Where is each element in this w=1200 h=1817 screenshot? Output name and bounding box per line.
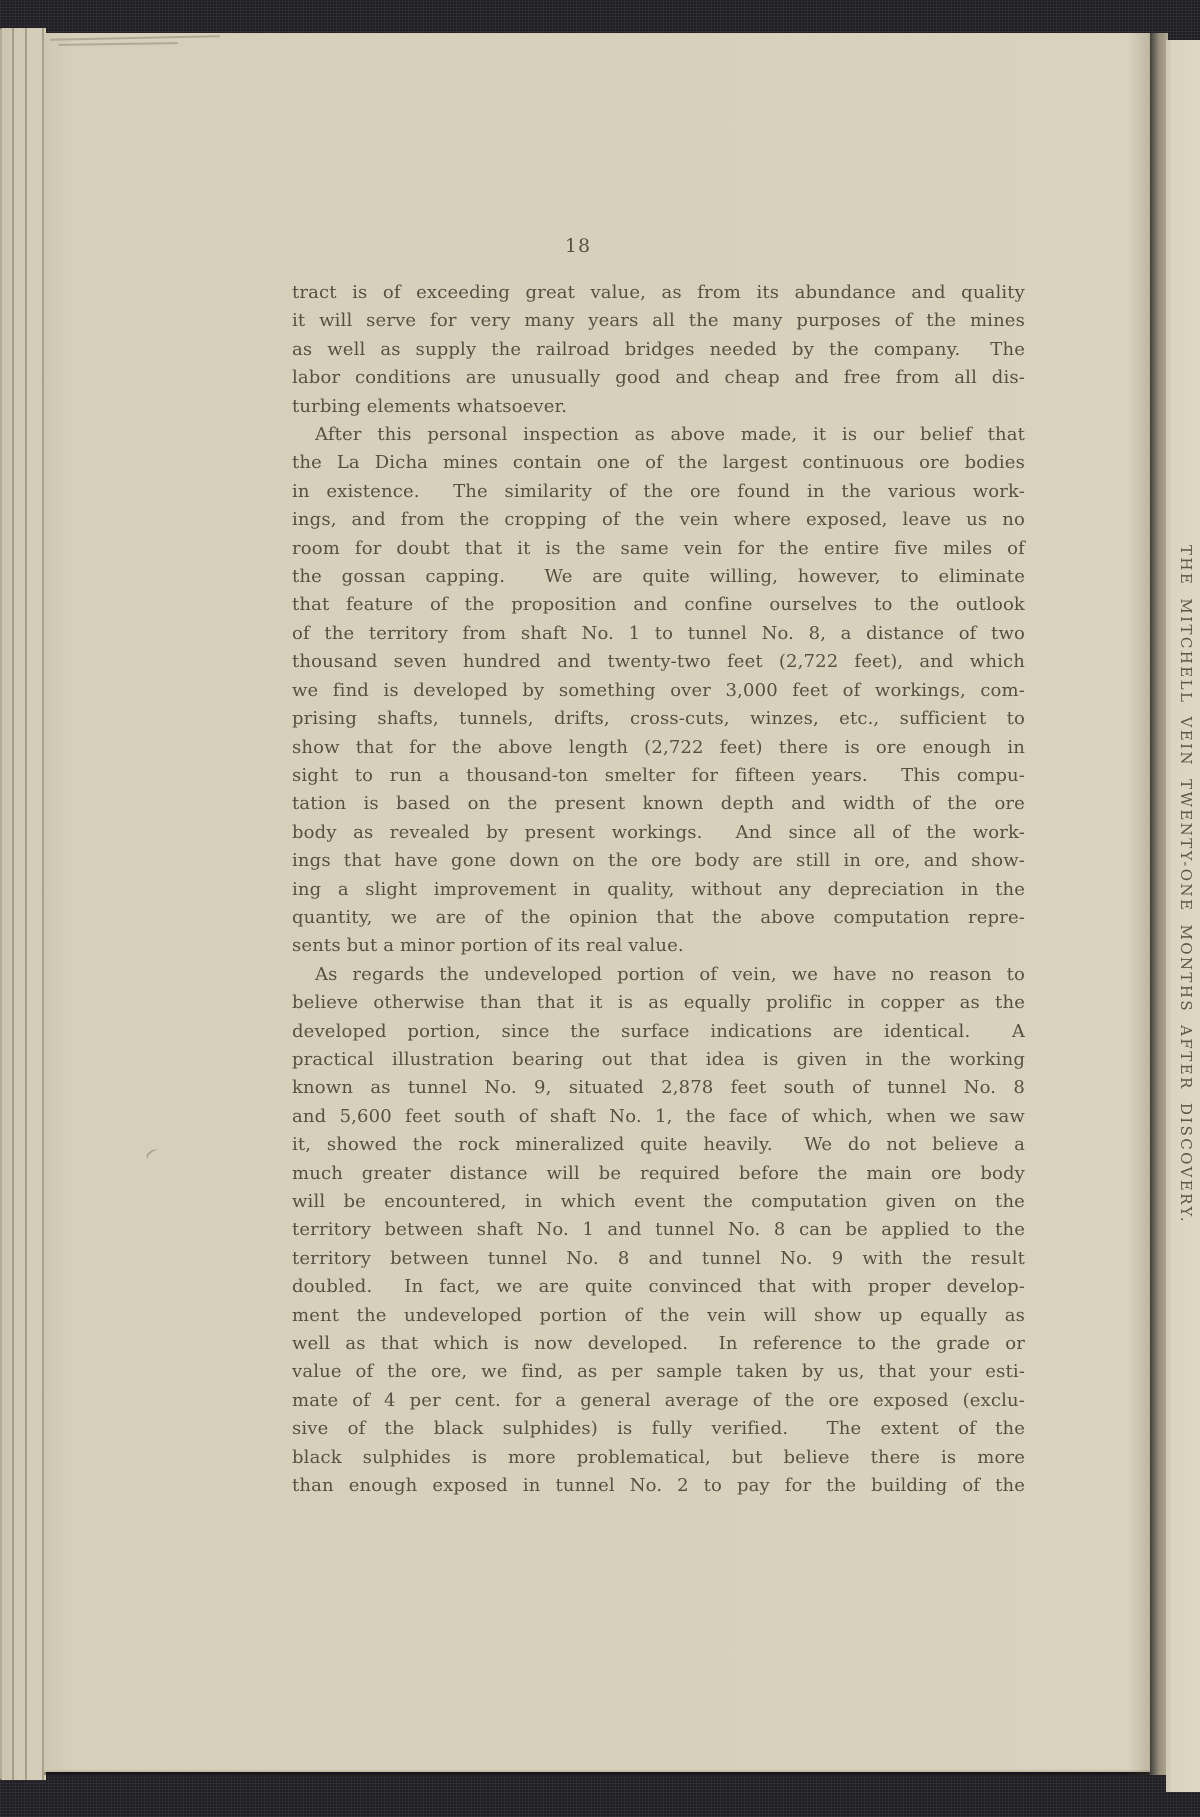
text-line: ings, and from the cropping of the vein … xyxy=(292,506,1025,534)
text-line: the La Dicha mines contain one of the la… xyxy=(292,449,1025,477)
text-line: mate of 4 per cent. for a general averag… xyxy=(292,1387,1025,1415)
text-line: show that for the above length (2,722 fe… xyxy=(292,734,1025,762)
text-line: sive of the black sulphides) is fully ve… xyxy=(292,1415,1025,1443)
page-edge-stack xyxy=(0,28,46,1780)
text-line: ment the undeveloped portion of the vein… xyxy=(292,1302,1025,1330)
under-page-edge-line xyxy=(58,42,178,46)
text-line: body as revealed by present workings. An… xyxy=(292,819,1025,847)
text-line: practical illustration bearing out that … xyxy=(292,1046,1025,1074)
text-line: territory between shaft No. 1 and tunnel… xyxy=(292,1216,1025,1244)
text-line: ing a slight improvement in quality, wit… xyxy=(292,876,1025,904)
photo-stage: 18 tract is of exceeding great value, as… xyxy=(0,0,1200,1817)
text-line: turbing elements whatsoever. xyxy=(292,393,1025,421)
page-number: 18 xyxy=(548,235,608,257)
text-line: it, showed the rock mineralized quite he… xyxy=(292,1131,1025,1159)
text-line: black sulphides is more problematical, b… xyxy=(292,1444,1025,1472)
text-line: labor conditions are unusually good and … xyxy=(292,364,1025,392)
text-line: sents but a minor portion of its real va… xyxy=(292,932,1025,960)
text-line: than enough exposed in tunnel No. 2 to p… xyxy=(292,1472,1025,1500)
text-line: developed portion, since the surface ind… xyxy=(292,1018,1025,1046)
text-line: ings that have gone down on the ore body… xyxy=(292,847,1025,875)
page-gutter-shadow xyxy=(1128,33,1168,1775)
text-line: will be encountered, in which event the … xyxy=(292,1188,1025,1216)
text-line: as well as supply the railroad bridges n… xyxy=(292,336,1025,364)
book-page: 18 tract is of exceeding great value, as… xyxy=(44,33,1150,1772)
text-line: quantity, we are of the opinion that the… xyxy=(292,904,1025,932)
text-line: it will serve for very many years all th… xyxy=(292,307,1025,335)
text-line: well as that which is now developed. In … xyxy=(292,1330,1025,1358)
text-line: thousand seven hundred and twenty-two fe… xyxy=(292,648,1025,676)
text-line: much greater distance will be required b… xyxy=(292,1160,1025,1188)
text-line: that feature of the proposition and conf… xyxy=(292,591,1025,619)
stray-pencil-mark xyxy=(144,1147,167,1164)
text-line: room for doubt that it is the same vein … xyxy=(292,535,1025,563)
body-text: tract is of exceeding great value, as fr… xyxy=(292,279,1025,1500)
text-line: value of the ore, we find, as per sample… xyxy=(292,1358,1025,1386)
text-line: we find is developed by something over 3… xyxy=(292,677,1025,705)
text-line: doubled. In fact, we are quite convinced… xyxy=(292,1273,1025,1301)
text-line: the gossan capping. We are quite willing… xyxy=(292,563,1025,591)
text-line: tract is of exceeding great value, as fr… xyxy=(292,279,1025,307)
text-line: prising shafts, tunnels, drifts, cross-c… xyxy=(292,705,1025,733)
text-line: and 5,600 feet south of shaft No. 1, the… xyxy=(292,1103,1025,1131)
facing-page-edge: THE MITCHELL VEIN TWENTY-ONE MONTHS AFTE… xyxy=(1166,40,1200,1792)
text-line: As regards the undeveloped portion of ve… xyxy=(292,961,1025,989)
margin-title-vertical: THE MITCHELL VEIN TWENTY-ONE MONTHS AFTE… xyxy=(1171,545,1195,1255)
under-page-edge-line xyxy=(50,35,220,41)
text-line: believe otherwise than that it is as equ… xyxy=(292,989,1025,1017)
text-line: known as tunnel No. 9, situated 2,878 fe… xyxy=(292,1074,1025,1102)
text-line: territory between tunnel No. 8 and tunne… xyxy=(292,1245,1025,1273)
text-line: sight to run a thousand-ton smelter for … xyxy=(292,762,1025,790)
text-line: After this personal inspection as above … xyxy=(292,421,1025,449)
text-line: tation is based on the present known dep… xyxy=(292,790,1025,818)
text-line: of the territory from shaft No. 1 to tun… xyxy=(292,620,1025,648)
text-line: in existence. The similarity of the ore … xyxy=(292,478,1025,506)
